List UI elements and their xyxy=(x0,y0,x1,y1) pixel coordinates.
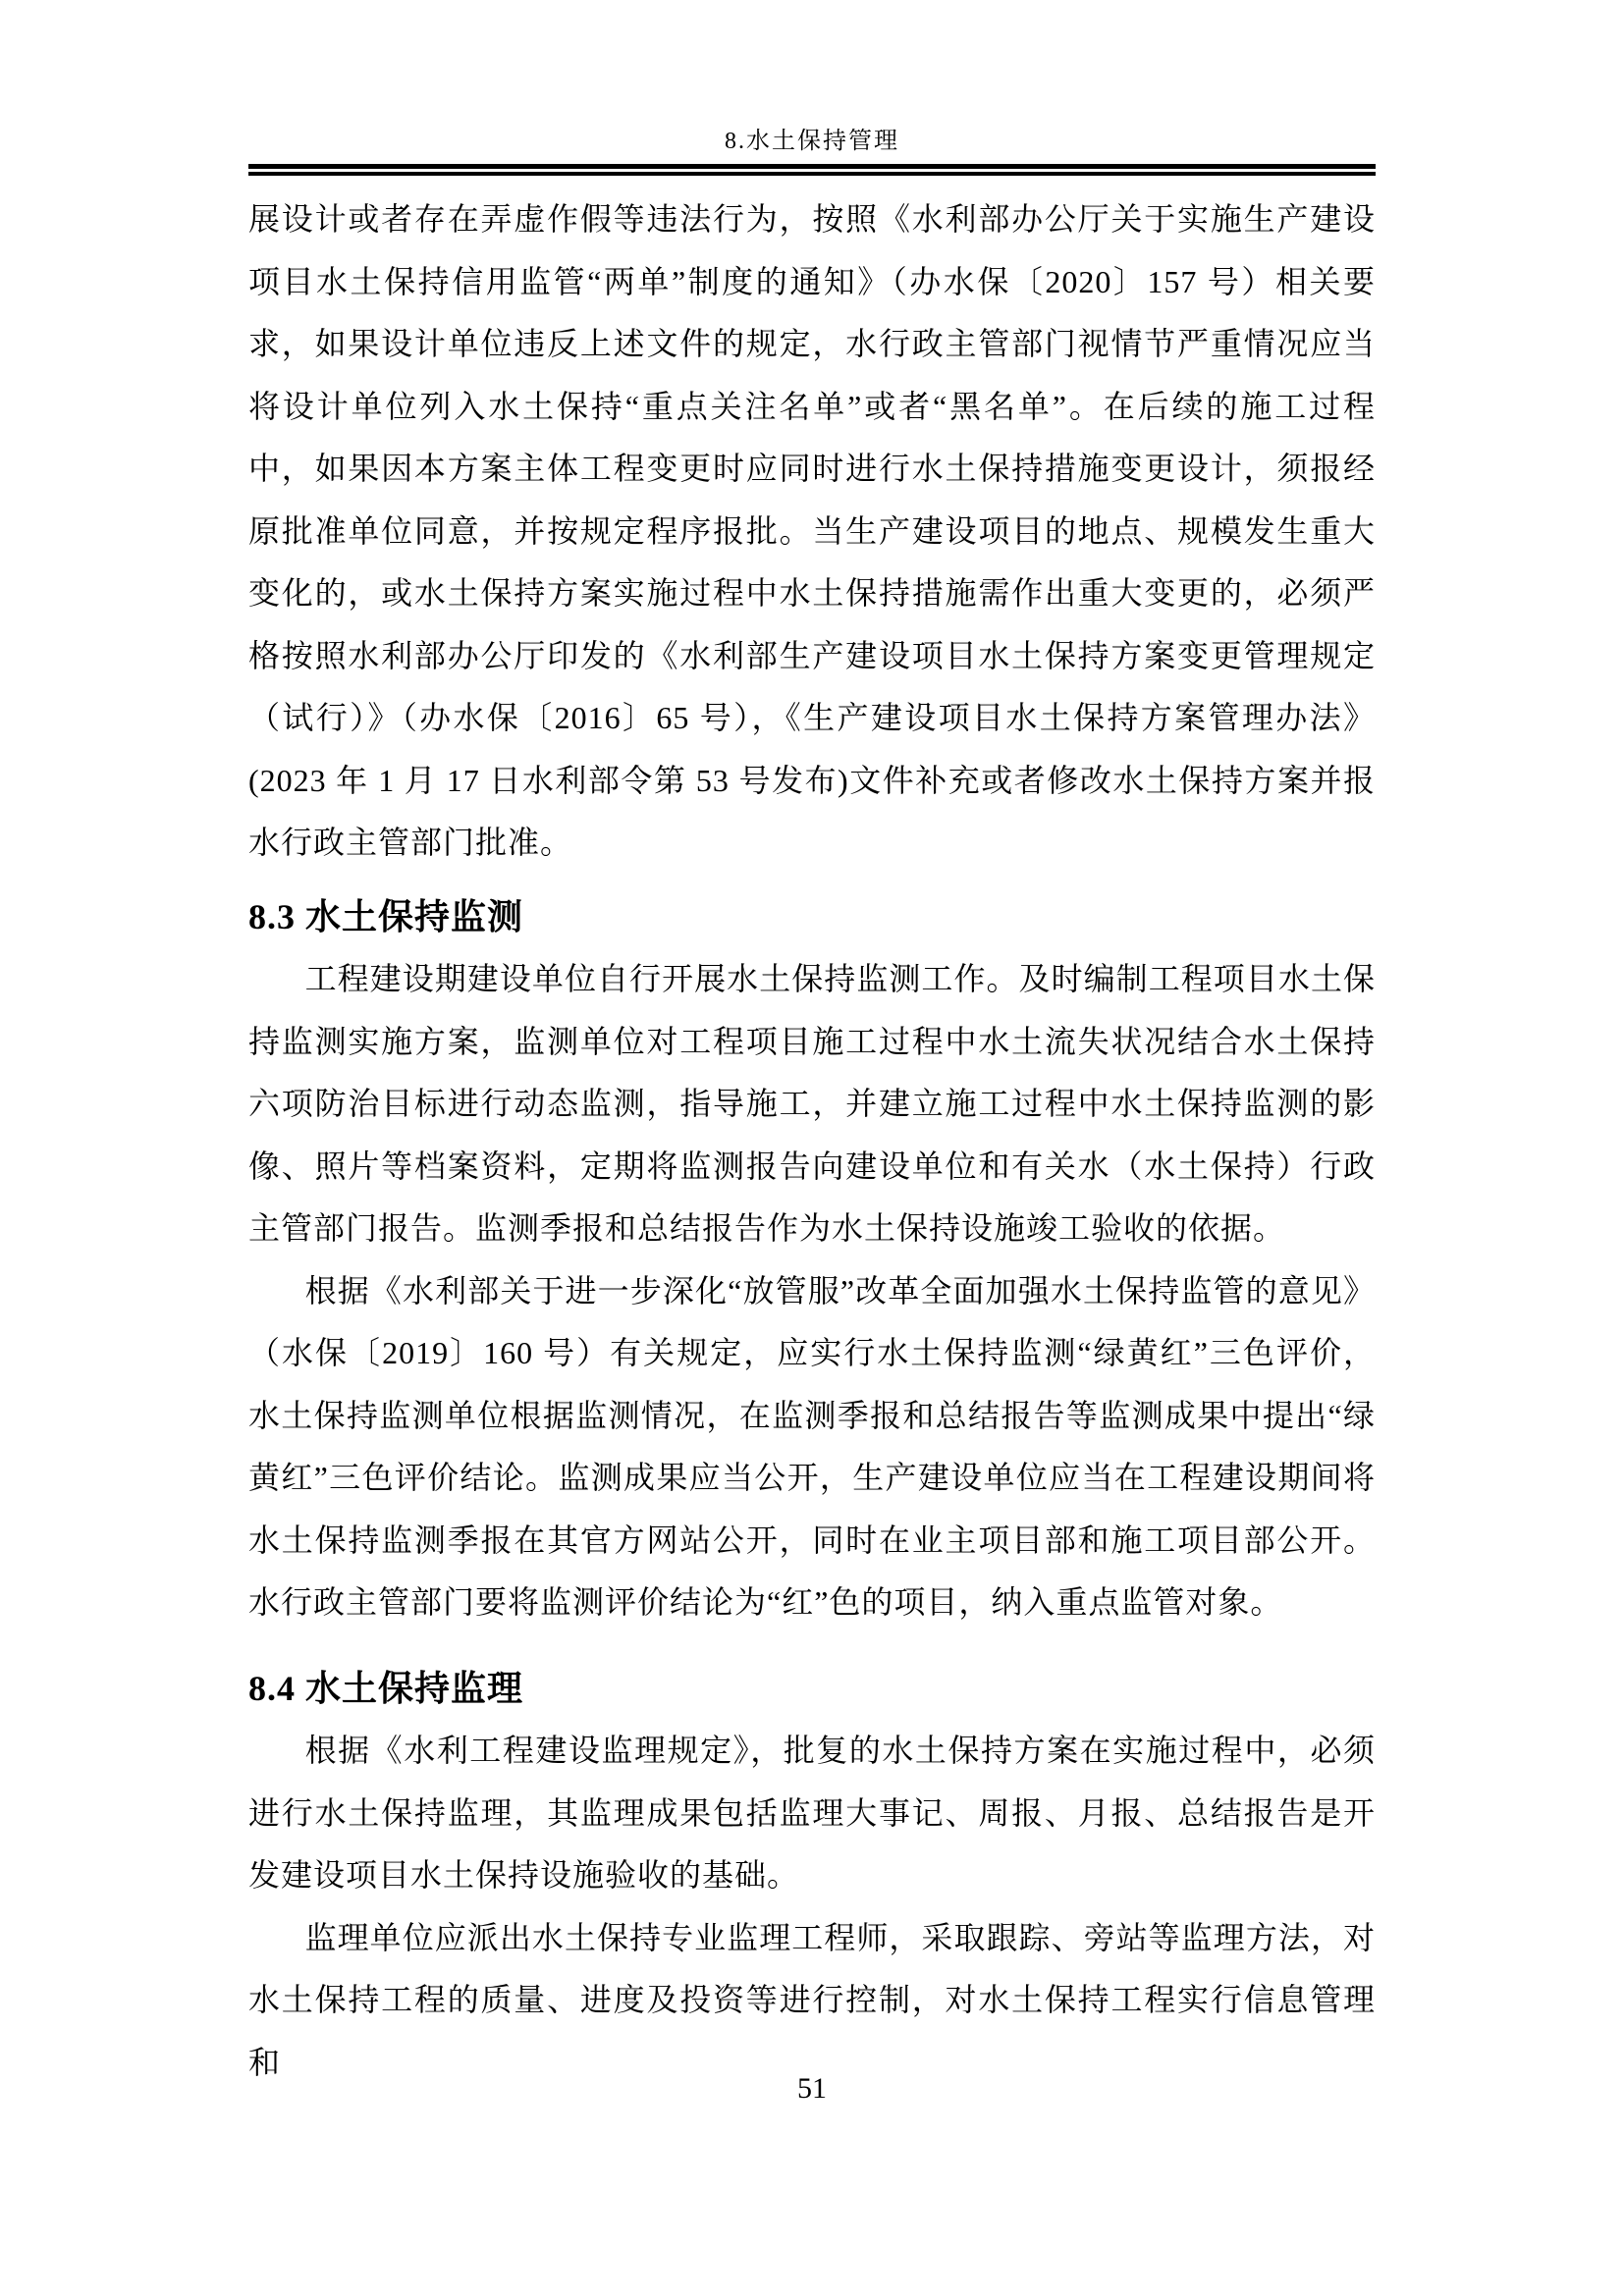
section-heading-8-3: 8.3 水土保持监测 xyxy=(248,886,1376,949)
paragraph-monitoring-1: 工程建设期建设单位自行开展水土保持监测工作。及时编制工程项目水土保持监测实施方案… xyxy=(248,948,1376,1260)
page-header: 8.水土保持管理 xyxy=(248,128,1376,176)
running-header-title: 8.水土保持管理 xyxy=(248,128,1376,155)
paragraph-monitoring-2: 根据《水利部关于进一步深化“放管服”改革全面加强水土保持监管的意见》（水保〔20… xyxy=(248,1260,1376,1634)
header-double-rule xyxy=(248,164,1376,176)
section-heading-8-4: 8.4 水土保持监理 xyxy=(248,1658,1376,1721)
page-footer: 51 xyxy=(0,2071,1624,2107)
document-page: 8.水土保持管理 展设计或者存在弄虚作假等违法行为，按照《水利部办公厅关于实施生… xyxy=(0,0,1624,2296)
page-body: 展设计或者存在弄虚作假等违法行为，按照《水利部办公厅关于实施生产建设项目水土保持… xyxy=(248,188,1376,2094)
page-number: 51 xyxy=(797,2072,827,2105)
paragraph-supervision-2: 监理单位应派出水土保持专业监理工程师，采取跟踪、旁站等监理方法，对水土保持工程的… xyxy=(248,1907,1376,2095)
paragraph-supervision-1: 根据《水利工程建设监理规定》，批复的水土保持方案在实施过程中，必须进行水土保持监… xyxy=(248,1720,1376,1907)
paragraph-intro-continuation: 展设计或者存在弄虚作假等违法行为，按照《水利部办公厅关于实施生产建设项目水土保持… xyxy=(248,188,1376,875)
